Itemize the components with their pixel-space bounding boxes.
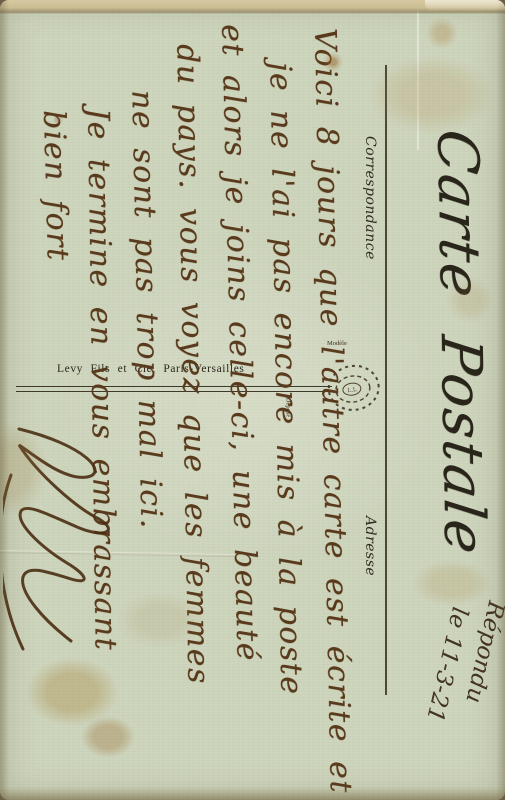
message-line: je ne l'ai pas encore mis à la poste: [262, 62, 308, 696]
signature-flourish: [3, 415, 115, 675]
message-line: du pays. vous voyez que les femmes: [169, 44, 215, 685]
reply-annotation: Répondu le 11-3-21: [417, 590, 505, 733]
correspondence-label: Correspondance: [362, 136, 378, 260]
rotated-card-content: Carte Postale Correspondance Adresse Rép…: [0, 0, 505, 800]
message-line: ne sont pas trop mal ici.: [124, 90, 168, 530]
address-label: Adresse: [362, 516, 378, 576]
message-line: et alors je joins celle-ci, une beauté: [214, 24, 265, 663]
carte-postale-title: Carte Postale: [424, 126, 497, 559]
message-line: Voici 8 jours que l'autre carte est écri…: [307, 28, 358, 794]
message-line: bien fort: [36, 110, 75, 262]
postcard-back: Levy Fils et Cie, Paris-Versailles L.L M…: [0, 0, 505, 800]
